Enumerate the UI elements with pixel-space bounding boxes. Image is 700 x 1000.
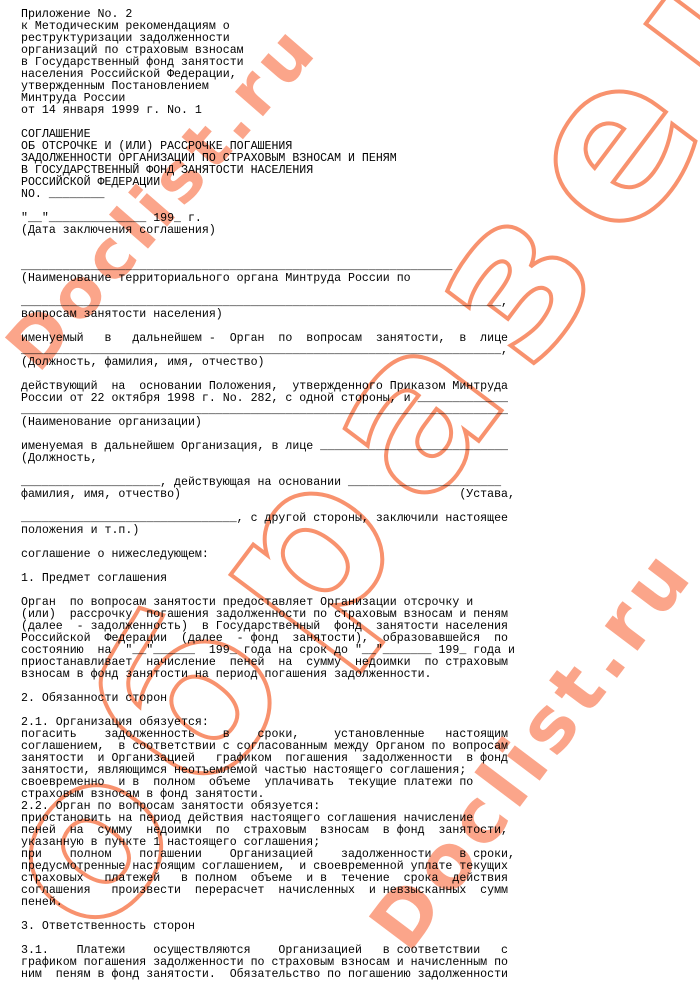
document-text: Приложение No. 2 к Методическим рекоменд… — [21, 9, 515, 981]
document-page: Doclist.ru образец Doclist.ru Приложение… — [0, 0, 700, 1000]
